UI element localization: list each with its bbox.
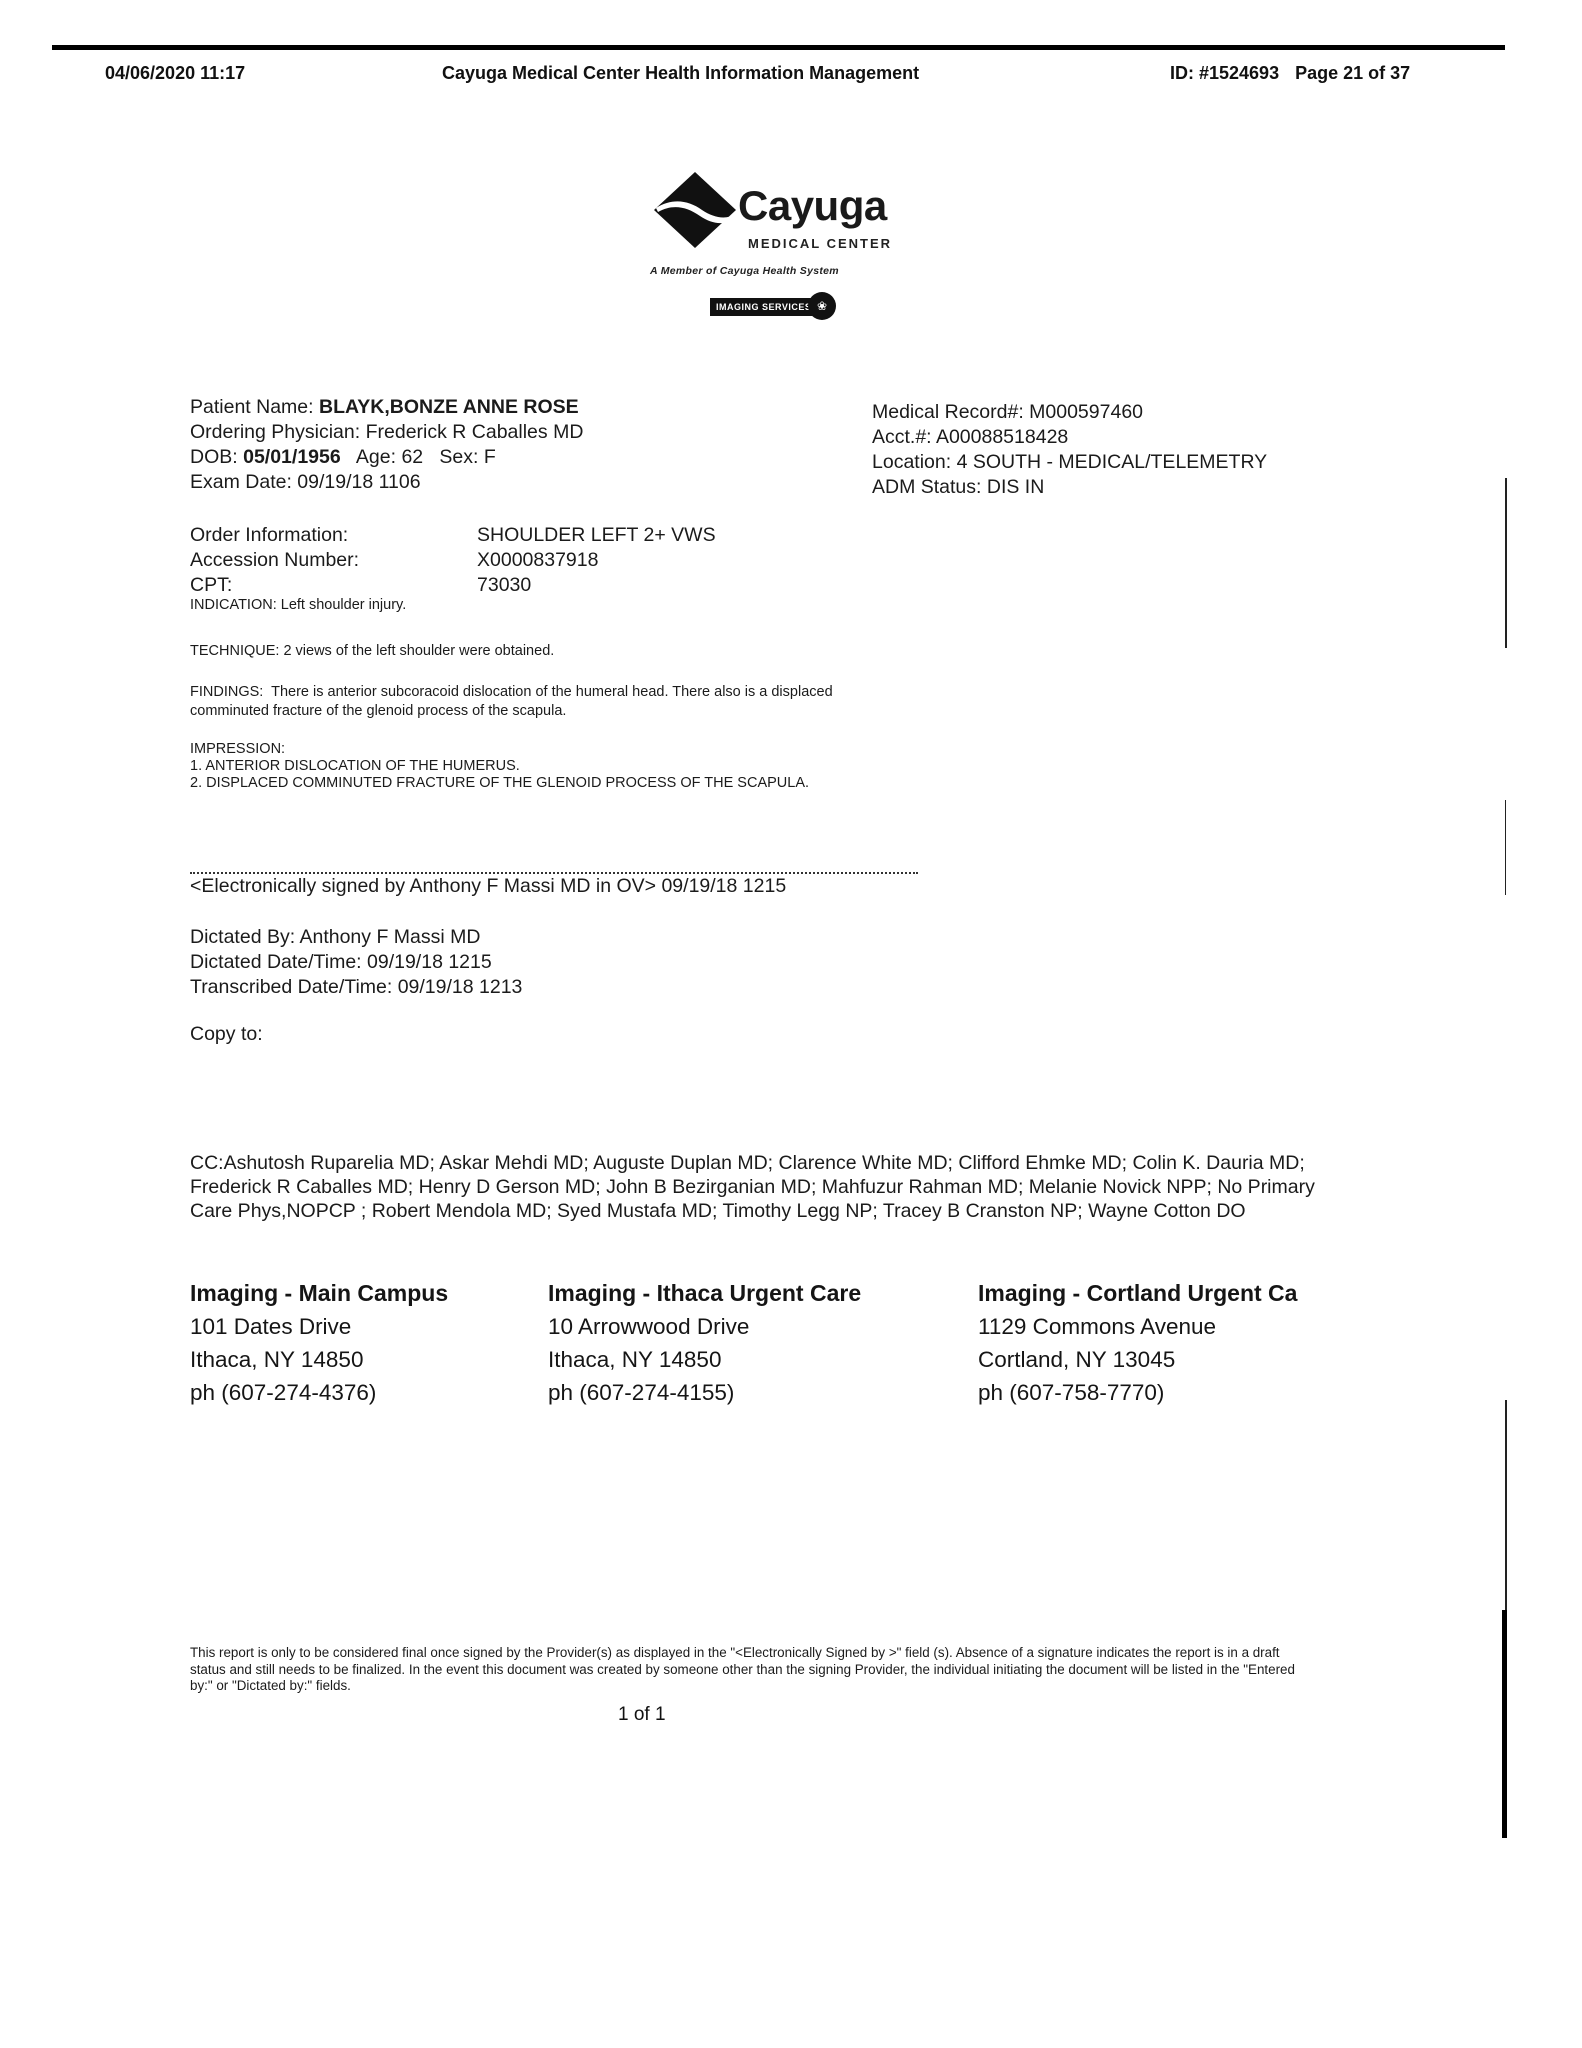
patient-name-row: Patient Name: BLAYK,BONZE ANNE ROSE [190,395,583,420]
adm-status: DIS IN [987,476,1044,498]
impression: IMPRESSION: 1. ANTERIOR DISLOCATION OF T… [190,741,809,792]
acct-row: Acct.#: A00088518428 [872,425,1267,450]
technique: TECHNIQUE: 2 views of the left shoulder … [190,642,554,660]
disclaimer: This report is only to be considered fin… [190,1645,1315,1695]
imaging-services-badge: IMAGING SERVICES [710,298,817,316]
scan-edge-line [1505,1400,1507,1610]
dob-row: DOB: 05/01/1956 Age: 62 Sex: F [190,445,583,470]
exam-date-row: Exam Date: 09/19/18 1106 [190,470,583,495]
ordering-physician: Frederick R Caballes MD [366,421,584,443]
scan-edge-line [1502,1610,1507,1838]
scan-edge-line [1505,478,1507,648]
transcribed-datetime: Transcribed Date/Time: 09/19/18 1213 [190,975,522,1000]
dictated-datetime: Dictated Date/Time: 09/19/18 1215 [190,950,522,975]
logo-subtitle: MEDICAL CENTER [748,236,892,251]
electronic-signature: <Electronically signed by Anthony F Mass… [190,874,786,899]
adm-status-row: ADM Status: DIS IN [872,475,1267,500]
cpt-label: CPT: [190,573,477,598]
header-title: Cayuga Medical Center Health Information… [442,63,919,84]
cpt-value: 73030 [477,573,716,598]
ordering-physician-row: Ordering Physician: Frederick R Caballes… [190,420,583,445]
copy-to: Copy to: [190,1022,263,1047]
location-main-campus: Imaging - Main Campus 101 Dates Drive It… [190,1277,448,1409]
mrn-row: Medical Record#: M000597460 [872,400,1267,425]
header-rule [52,45,1505,50]
location-cortland-urgent-care: Imaging - Cortland Urgent Ca 1129 Common… [978,1277,1297,1409]
impression-item: 1. ANTERIOR DISLOCATION OF THE HUMERUS. [190,758,809,775]
accession-label: Accession Number: [190,548,477,573]
scan-edge-line [1505,800,1506,895]
age: 62 [401,446,423,468]
cayuga-diamond-logo-icon [650,170,740,250]
exam-date: 09/19/18 1106 [297,471,420,493]
order-info: Order Information: SHOULDER LEFT 2+ VWS … [190,523,716,598]
logo-member-line: A Member of Cayuga Health System [650,265,839,277]
account-number: A00088518428 [936,426,1068,448]
location: 4 SOUTH - MEDICAL/TELEMETRY [957,451,1268,473]
report-page-count: 1 of 1 [618,1704,666,1726]
location-ithaca-urgent-care: Imaging - Ithaca Urgent Care 10 Arrowwoo… [548,1277,861,1409]
print-datetime: 04/06/2020 11:17 [105,63,245,84]
order-label: Order Information: [190,523,477,548]
page-number: Page 21 of 37 [1295,63,1410,83]
patient-info-left: Patient Name: BLAYK,BONZE ANNE ROSE Orde… [190,395,583,495]
order-value: SHOULDER LEFT 2+ VWS [477,523,716,548]
findings: FINDINGS: There is anterior subcoracoid … [190,683,890,721]
indication: INDICATION: Left shoulder injury. [190,596,406,614]
cc-list: CC:Ashutosh Ruparelia MD; Askar Mehdi MD… [190,1151,1340,1223]
header-id-page: ID: #1524693Page 21 of 37 [1170,63,1410,84]
dictated-by: Dictated By: Anthony F Massi MD [190,925,522,950]
accession-value: X0000837918 [477,548,716,573]
cayuga-logo: Cayuga MEDICAL CENTER A Member of Cayuga… [650,170,910,330]
impression-heading: IMPRESSION: [190,741,809,758]
patient-name: BLAYK,BONZE ANNE ROSE [319,396,579,418]
logo-name: Cayuga [738,182,887,230]
location-row: Location: 4 SOUTH - MEDICAL/TELEMETRY [872,450,1267,475]
document-id: ID: #1524693 [1170,63,1279,83]
dob: 05/01/1956 [243,446,341,468]
medical-record-number: M000597460 [1029,401,1143,423]
sex: F [484,446,496,468]
impression-item: 2. DISPLACED COMMINUTED FRACTURE OF THE … [190,775,809,792]
patient-info-right: Medical Record#: M000597460 Acct.#: A000… [872,400,1267,500]
dictation-info: Dictated By: Anthony F Massi MD Dictated… [190,925,522,1000]
seal-icon: ❀ [808,292,836,320]
